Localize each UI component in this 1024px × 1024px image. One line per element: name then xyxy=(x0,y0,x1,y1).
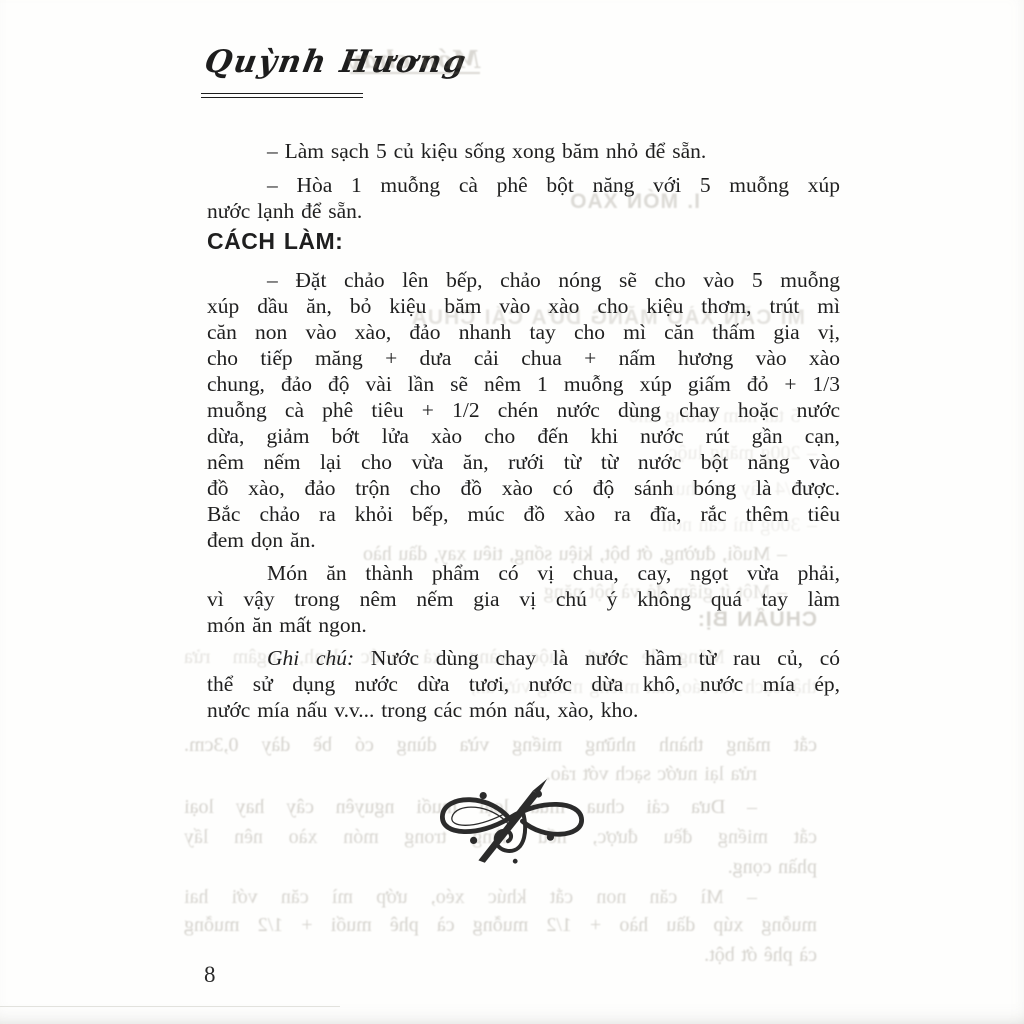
flourish-infinity-loop xyxy=(442,800,581,835)
bleedthrough-text-line: cà phê ớt bột. xyxy=(657,943,817,967)
text-line: nêm nếm lại cho vừa ăn, rưới từ từ nước … xyxy=(207,449,840,475)
text-line: nước lạnh để sẵn. xyxy=(207,198,362,224)
bleedthrough-text-line: cắt măng thành những miếng vừa dùng có b… xyxy=(184,733,817,757)
running-head-double-rule xyxy=(201,93,363,98)
text-line: cho tiếp măng + dưa cải chua + nấm hương… xyxy=(207,345,840,371)
text-line: – Hòa 1 muỗng cà phê bột năng với 5 muỗn… xyxy=(267,172,840,198)
text-line: món ăn mất ngon. xyxy=(207,612,367,638)
bleedthrough-text-line: – Mì căn non cắt khúc xéo, ướp mì căn vớ… xyxy=(184,885,757,909)
text-line: thể sử dụng nước dừa tươi, nước dừa khô,… xyxy=(207,671,840,697)
flourish-dot xyxy=(513,859,518,864)
text-line: Món ăn thành phẩm có vị chua, cay, ngọt … xyxy=(267,560,840,586)
flourish-dot xyxy=(470,837,477,844)
flourish-dot xyxy=(547,834,554,841)
running-head-author: Quỳnh Hương xyxy=(202,44,471,80)
calligraphic-flourish-ornament xyxy=(428,778,596,874)
text-line: đồ xào, đảo trộn cho đồ xào có độ sánh b… xyxy=(207,475,840,501)
text-line: vì vậy trong nêm nếm gia vị chú ý không … xyxy=(207,586,840,612)
book-page-scan: Quỳnh Hương Món chayI. MÓN XÀOMÌ CĂN XÀO… xyxy=(0,0,1024,1024)
scan-artifact-line xyxy=(0,1006,340,1007)
section-heading: CÁCH LÀM: xyxy=(207,228,343,254)
flourish-dot xyxy=(480,792,487,799)
text-line: – Đặt chảo lên bếp, chảo nóng sẽ cho vào… xyxy=(267,267,840,293)
page-number: 8 xyxy=(204,962,216,988)
italic-lead-in: Ghi chú: xyxy=(267,646,354,670)
text-line: – Làm sạch 5 củ kiệu sống xong băm nhỏ đ… xyxy=(267,138,706,164)
text-line: chung, đảo độ vài lần sẽ nêm 1 muỗng xúp… xyxy=(207,371,840,397)
text-line: căn non vào xào, đảo nhanh tay cho mì că… xyxy=(207,319,840,345)
text-line: dừa, giảm bớt lửa xào cho đến khi nước r… xyxy=(207,423,840,449)
text-line: Ghi chú: Nước dùng chay là nước hầm từ r… xyxy=(267,645,840,671)
text-line: nước mía nấu v.v... trong các món nấu, x… xyxy=(207,697,638,723)
text-line: muỗng cà phê tiêu + 1/2 chén nước dùng c… xyxy=(207,397,840,423)
flourish-dot xyxy=(535,790,542,797)
bleedthrough-text-line: phần cọng. xyxy=(697,855,817,879)
bleedthrough-text-line: muỗng xúp dầu hào + 1/2 muỗng cà phê muố… xyxy=(184,913,817,937)
text-line: xúp dầu ăn, bỏ kiệu băm vào xào cho kiệu… xyxy=(207,293,840,319)
text-line: Bắc chảo ra khỏi bếp, múc đồ xào ra đĩa,… xyxy=(207,501,840,527)
text-line: đem dọn ăn. xyxy=(207,527,316,553)
